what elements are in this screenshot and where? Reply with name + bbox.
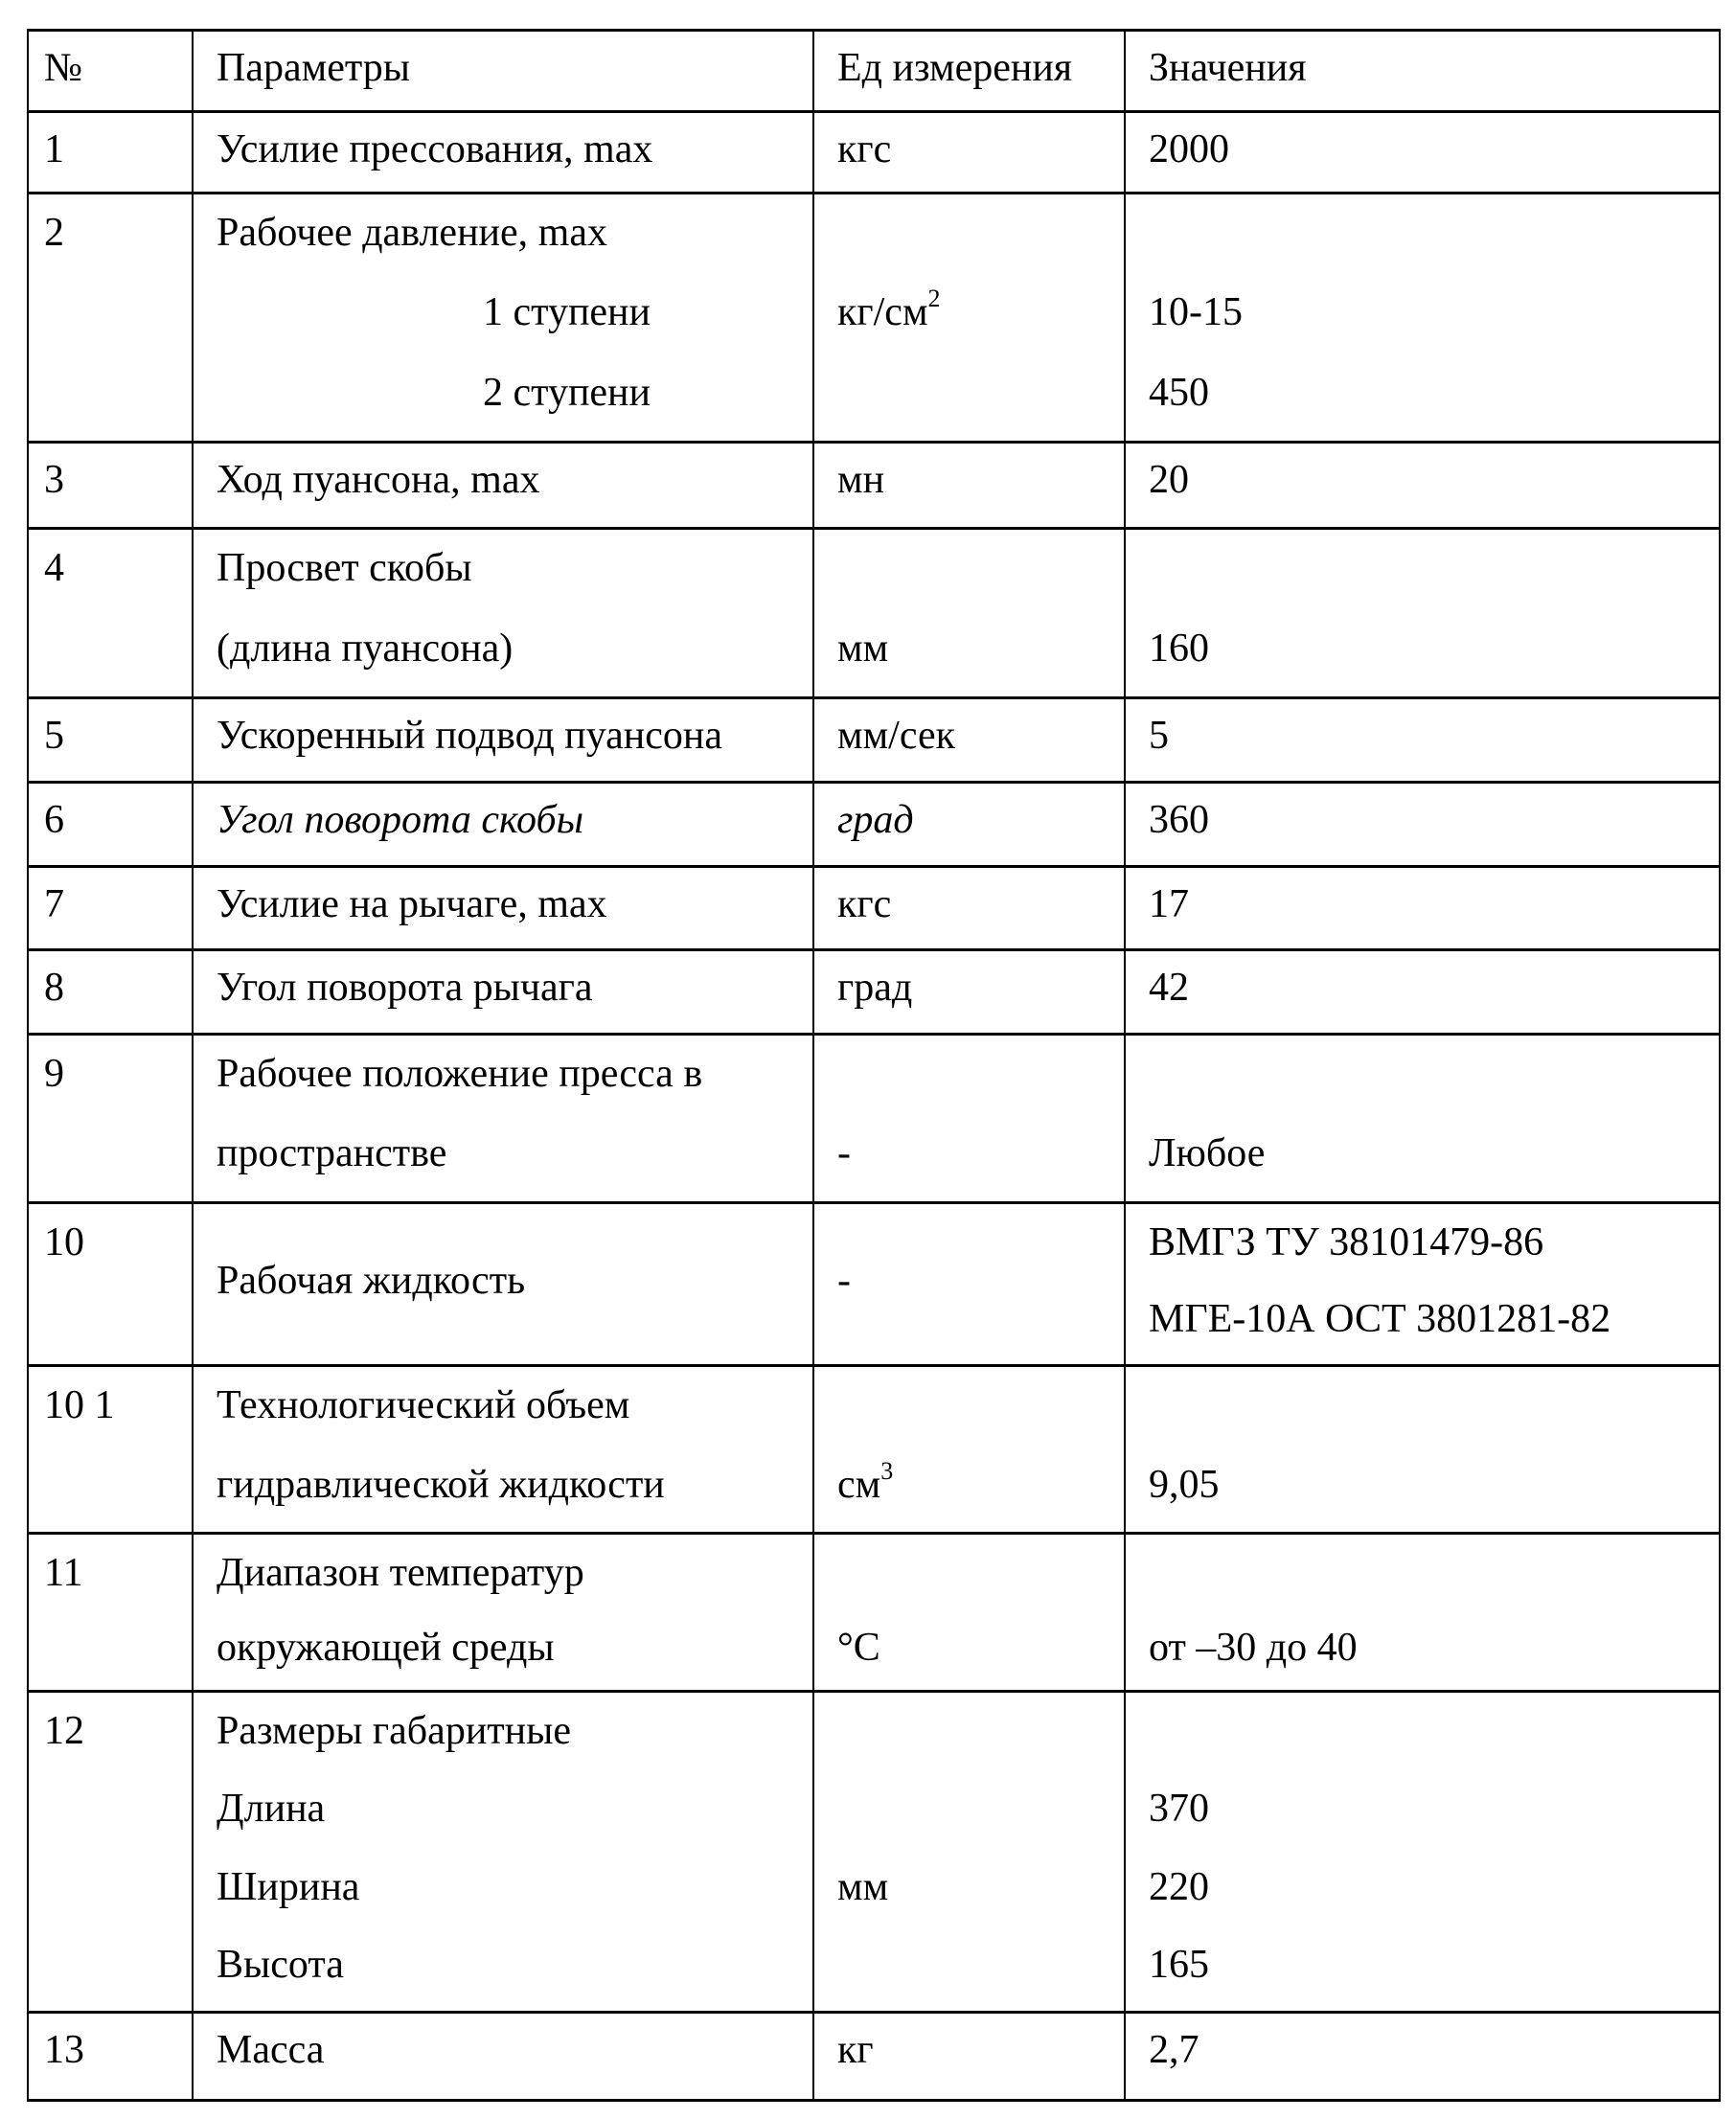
table-row: 3Ход пуансона, maxмн20 [27,441,1721,527]
parameter-cell-line: Диапазон температур [217,1544,812,1619]
unit-cell-line: мм/сек [837,709,1124,763]
value-cell-line: 220 [1149,1858,1719,1936]
value-cell: 2,7 [1124,2014,1721,2099]
parameter-cell-line: Рабочая жидкость [217,1252,812,1329]
parameter-cell-line: Рабочее давление, max [217,204,812,284]
unit-cell: - [812,1204,1124,1364]
value-cell-line: Любое [1149,1125,1719,1201]
table-body: 1Усилие прессования, maxкгс20002Рабочее … [27,110,1721,2102]
value-cell: 9,05 [1124,1367,1721,1532]
table-row: 11Диапазон температурокружающей среды°Со… [27,1532,1721,1690]
value-cell-line: 20 [1149,453,1719,507]
parameter-cell: Рабочее давление, max1 ступени2 ступени [192,194,812,441]
parameter-cell: Рабочая жидкость [192,1204,812,1364]
parameter-cell-line: Размеры габаритные [217,1702,812,1780]
value-cell: 360 [1124,784,1721,865]
parameter-cell: Рабочее положение пресса впространстве [192,1036,812,1201]
unit-cell-line: кгс [837,123,1124,176]
value-cell-line [1149,204,1719,284]
parameter-cell-line: 1 ступени [217,284,812,363]
parameter-cell-line: Угол поворота скобы [217,793,812,847]
unit-cell-line: кгс [837,877,1124,931]
parameter-cell-line: (длина пуансона) [217,620,812,697]
row-number-text: 10 1 [44,1377,192,1456]
header-values: Значения [1124,32,1721,110]
row-number-text: 10 [44,1214,192,1290]
unit-cell-line [837,1045,1124,1125]
table-row: 6Угол поворота скобыград360 [27,781,1721,865]
value-cell-line: МГЕ-10А ОСТ 3801281-82 [1149,1290,1719,1364]
row-number: 1 [27,113,192,192]
header-unit: Ед измерения [812,32,1124,110]
unit-cell-line: мм [837,620,1124,697]
unit-cell: град [812,951,1124,1033]
row-number: 12 [27,1693,192,2011]
table-row: 9Рабочее положение пресса впространстве-… [27,1033,1721,1201]
parameter-cell-line: Угол поворота рычага [217,961,812,1014]
parameter-cell: Усилие на рычаге, max [192,868,812,948]
row-number-text: 1 [44,123,192,176]
row-number: 8 [27,951,192,1033]
row-number-text: 3 [44,453,192,507]
parameter-cell-line: 2 ступени [217,364,812,441]
value-cell-line: 370 [1149,1780,1719,1857]
value-cell-line: 165 [1149,1936,1719,2011]
unit-cell: мм/сек [812,699,1124,781]
table-row: 1Усилие прессования, maxкгс2000 [27,110,1721,192]
unit-cell-line [837,1780,1124,1857]
parameter-cell: Технологический объемгидравлической жидк… [192,1367,812,1532]
row-number-text: 7 [44,877,192,931]
value-cell: ВМГЗ ТУ 38101479-86МГЕ-10А ОСТ 3801281-8… [1124,1204,1721,1364]
unit-cell-line [837,1377,1124,1456]
value-cell-line: от –30 до 40 [1149,1619,1719,1691]
parameter-cell-line: Усилие на рычаге, max [217,877,812,931]
value-cell-line: 2000 [1149,123,1719,176]
unit-cell: мн [812,444,1124,527]
parameter-cell-line: Ускоренный подвод пуансона [217,709,812,763]
row-number-text: 12 [44,1702,192,1780]
table-row: 12Размеры габаритныеДлинаШиринаВысотамм3… [27,1690,1721,2011]
unit-cell: °С [812,1535,1124,1690]
value-cell: 20 [1124,444,1721,527]
row-number: 13 [27,2014,192,2099]
value-cell-line: 360 [1149,793,1719,847]
value-cell: Любое [1124,1036,1721,1201]
row-number: 6 [27,784,192,865]
unit-cell-line: мм [837,1858,1124,1936]
value-cell-line: 10-15 [1149,284,1719,363]
row-number: 7 [27,868,192,948]
unit-cell-line: - [837,1252,1124,1329]
header-parameters: Параметры [192,32,812,110]
value-cell-line: 450 [1149,364,1719,441]
header-number: № [27,32,192,110]
unit-cell: - [812,1036,1124,1201]
unit-cell-line [837,364,1124,441]
row-number: 3 [27,444,192,527]
value-cell-line [1149,1702,1719,1780]
parameter-cell: Размеры габаритныеДлинаШиринаВысота [192,1693,812,2011]
unit-cell-line: кг [837,2023,1124,2077]
value-cell: 160 [1124,530,1721,696]
value-cell: 2000 [1124,113,1721,192]
specifications-table: № Параметры Ед измерения Значения 1Усили… [27,29,1721,2102]
unit-cell-line: град [837,961,1124,1014]
parameter-cell-line: Технологический объем [217,1377,812,1456]
parameter-cell: Масса [192,2014,812,2099]
parameter-cell-line: Масса [217,2023,812,2077]
unit-cell-line: °С [837,1619,1124,1691]
parameter-cell-line: Высота [217,1936,812,2011]
table-row: 5Ускоренный подвод пуансонамм/сек5 [27,696,1721,781]
row-number: 2 [27,194,192,441]
value-cell-line: 42 [1149,961,1719,1014]
row-number: 5 [27,699,192,781]
unit-cell-line: см3 [837,1456,1124,1533]
parameter-cell: Диапазон температурокружающей среды [192,1535,812,1690]
parameter-cell-line: Длина [217,1780,812,1857]
parameter-cell-line: пространстве [217,1125,812,1201]
table-row: 10Рабочая жидкость-ВМГЗ ТУ 38101479-86МГ… [27,1201,1721,1364]
parameter-cell-line: гидравлической жидкости [217,1456,812,1533]
row-number-text: 11 [44,1544,192,1619]
parameter-cell: Ход пуансона, max [192,444,812,527]
row-number: 10 1 [27,1367,192,1532]
unit-cell: мм [812,1693,1124,2011]
row-number: 10 [27,1204,192,1364]
unit-cell: кг [812,2014,1124,2099]
parameter-cell: Усилие прессования, max [192,113,812,192]
value-cell-line: ВМГЗ ТУ 38101479-86 [1149,1214,1719,1290]
table-row: 10 1Технологический объемгидравлической … [27,1364,1721,1532]
row-number-text: 9 [44,1045,192,1125]
parameter-cell-line: Просвет скобы [217,539,812,620]
value-cell-line: 160 [1149,620,1719,697]
table-row: 4Просвет скобы(длина пуансона)мм160 [27,527,1721,696]
value-cell: 42 [1124,951,1721,1033]
unit-cell: кг/см2 [812,194,1124,441]
parameter-cell-line: Ширина [217,1858,812,1936]
unit-cell-line: кг/см2 [837,284,1124,363]
row-number-text: 13 [44,2023,192,2077]
value-cell: 5 [1124,699,1721,781]
value-cell: от –30 до 40 [1124,1535,1721,1690]
parameter-cell: Угол поворота скобы [192,784,812,865]
parameter-cell-line: Усилие прессования, max [217,123,812,176]
table-row: 2Рабочее давление, max1 ступени2 ступени… [27,192,1721,441]
table-row: 13Массакг2,7 [27,2011,1721,2102]
parameter-cell: Просвет скобы(длина пуансона) [192,530,812,696]
parameter-cell: Угол поворота рычага [192,951,812,1033]
value-cell-line [1149,539,1719,620]
row-number-text: 5 [44,709,192,763]
parameter-cell-line: Ход пуансона, max [217,453,812,507]
row-number-text: 4 [44,539,192,620]
table-row: 8Угол поворота рычагаград42 [27,948,1721,1033]
row-number: 11 [27,1535,192,1690]
unit-cell-line [837,1702,1124,1780]
parameter-cell-line: Рабочее положение пресса в [217,1045,812,1125]
row-number-text: 2 [44,204,192,284]
value-cell: 10-15450 [1124,194,1721,441]
table-header-row: № Параметры Ед измерения Значения [27,29,1721,110]
row-number-text: 6 [44,793,192,847]
unit-cell: кгс [812,868,1124,948]
unit-cell-line: град [837,793,1124,847]
value-cell: 370220165 [1124,1693,1721,2011]
unit-cell-line [837,204,1124,284]
unit-cell: мм [812,530,1124,696]
unit-cell: град [812,784,1124,865]
unit-cell: кгс [812,113,1124,192]
row-number: 4 [27,530,192,696]
value-cell-line: 17 [1149,877,1719,931]
value-cell-line [1149,1544,1719,1619]
row-number-text: 8 [44,961,192,1014]
table-row: 7Усилие на рычаге, maxкгс17 [27,865,1721,948]
unit-cell-line [837,539,1124,620]
row-number: 9 [27,1036,192,1201]
value-cell-line: 9,05 [1149,1456,1719,1533]
parameter-cell-line: окружающей среды [217,1619,812,1691]
unit-cell: см3 [812,1367,1124,1532]
value-cell-line [1149,1045,1719,1125]
unit-superscript: 2 [928,285,941,312]
unit-cell-line: мн [837,453,1124,507]
unit-cell-line: - [837,1125,1124,1201]
value-cell-line: 5 [1149,709,1719,763]
value-cell-line [1149,1377,1719,1456]
value-cell-line: 2,7 [1149,2023,1719,2077]
unit-cell-line [837,1936,1124,2011]
value-cell: 17 [1124,868,1721,948]
parameter-cell: Ускоренный подвод пуансона [192,699,812,781]
unit-cell-line [837,1544,1124,1619]
unit-superscript: 3 [880,1457,893,1485]
